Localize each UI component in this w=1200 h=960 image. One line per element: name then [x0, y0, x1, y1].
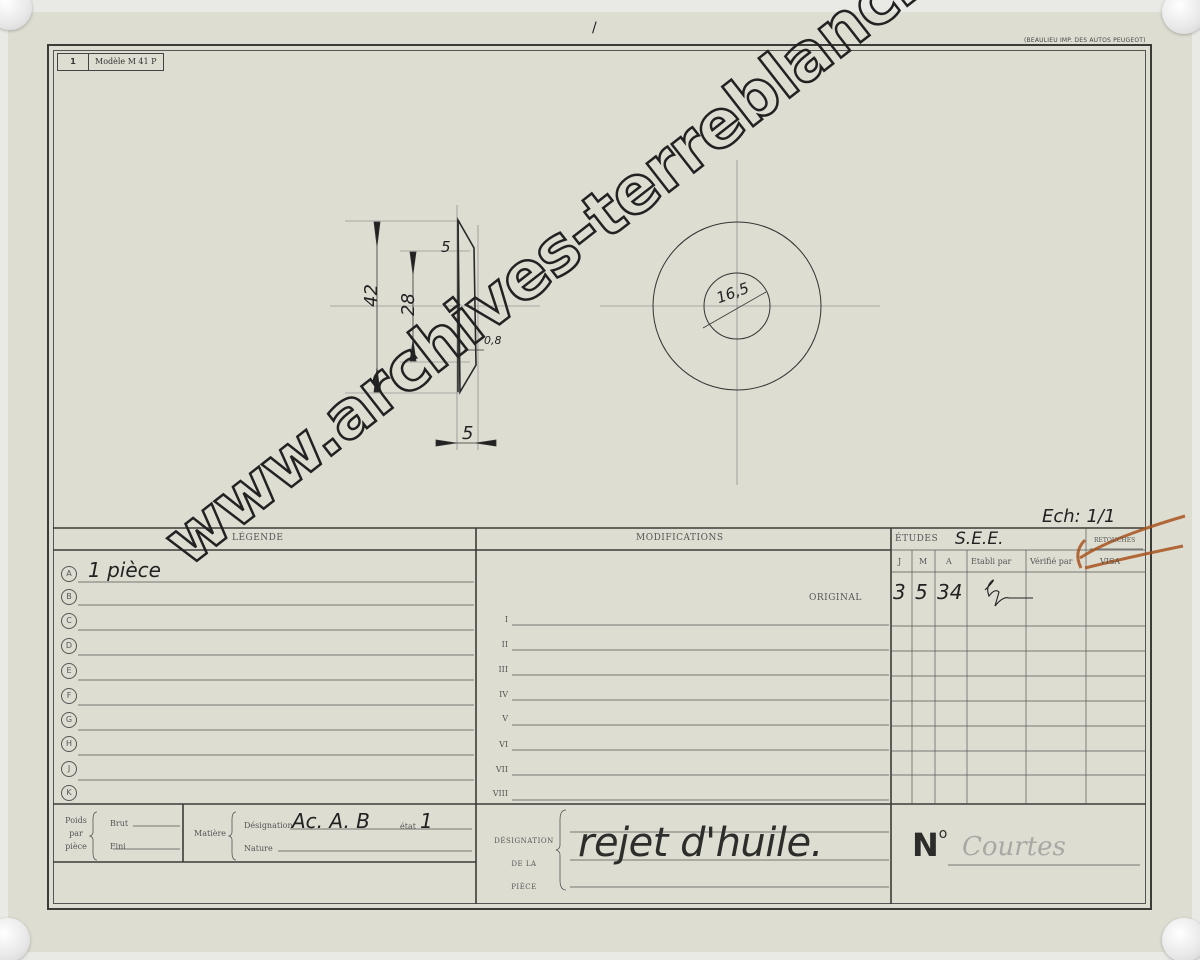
part-name: rejet d'huile.	[578, 820, 823, 866]
etudes-value: S.E.E.	[955, 529, 1004, 549]
legende-letter-d: D	[61, 638, 77, 654]
col-etabli: Etabli par	[971, 557, 1011, 566]
legende-letter-k: K	[61, 785, 77, 801]
poids-line-3: pièce	[60, 840, 92, 853]
legende-letter-h: H	[61, 736, 77, 752]
nature-label: Nature	[244, 844, 273, 853]
legende-letter-e: E	[61, 663, 77, 679]
legende-letter-c: C	[61, 613, 77, 629]
dp-line-3: PIÈCE	[488, 876, 560, 899]
legende-letter-a: A	[61, 566, 77, 582]
legende-letter-g: G	[61, 712, 77, 728]
designation-value: Ac. A. B	[292, 809, 370, 833]
col-a: A	[946, 557, 952, 566]
legende-letter-b: B	[61, 589, 77, 605]
number-n: N	[912, 826, 939, 864]
etudes-header: ÉTUDES	[895, 534, 938, 544]
fini-label: Fini	[110, 842, 126, 851]
poids-line-1: Poids	[60, 814, 92, 827]
matiere-label: Matière	[194, 829, 226, 838]
mod-row-4: IV	[482, 690, 508, 699]
retouches-label: RETOUCHES	[1094, 537, 1135, 544]
designation-piece-label: DÉSIGNATION DE LA PIÈCE	[488, 830, 560, 899]
technical-drawing	[0, 0, 1200, 960]
original-year: 34	[937, 580, 962, 604]
dim-depth: 5	[462, 423, 473, 444]
number-value: Courtes	[962, 832, 1066, 862]
mod-row-6: VI	[482, 740, 508, 749]
original-day: 3	[893, 580, 906, 604]
col-j: J	[898, 557, 901, 566]
scale-note: Ech: 1/1	[1042, 506, 1115, 527]
legende-letter-j: J	[61, 761, 77, 777]
etat-label: état	[400, 822, 416, 831]
mod-row-5: V	[482, 714, 508, 723]
mod-row-2: II	[482, 640, 508, 649]
brut-label: Brut	[110, 819, 128, 828]
original-month: 5	[915, 580, 928, 604]
mod-row-8: VIII	[482, 789, 508, 798]
legende-text-a: 1 pièce	[88, 558, 161, 582]
dim-flange: 5	[441, 238, 451, 256]
mod-row-7: VII	[482, 765, 508, 774]
legende-letter-f: F	[61, 688, 77, 704]
dim-outer-height: 42	[361, 284, 382, 307]
modifications-header: MODIFICATIONS	[636, 533, 724, 543]
number-label: No	[912, 826, 947, 864]
number-sup: o	[939, 826, 948, 842]
mod-row-1: I	[482, 615, 508, 624]
col-m: M	[919, 557, 927, 566]
etat-value: 1	[420, 809, 433, 833]
col-verifie: Vérifié par	[1030, 557, 1073, 566]
designation-label: Désignation	[244, 821, 293, 830]
col-visa: VISA	[1100, 557, 1120, 566]
dp-line-1: DÉSIGNATION	[488, 830, 560, 853]
poids-label: Poids par pièce	[60, 814, 92, 853]
original-label: ORIGINAL	[809, 593, 862, 603]
poids-line-2: par	[60, 827, 92, 840]
mod-row-3: III	[482, 665, 508, 674]
dp-line-2: DE LA	[488, 853, 560, 876]
